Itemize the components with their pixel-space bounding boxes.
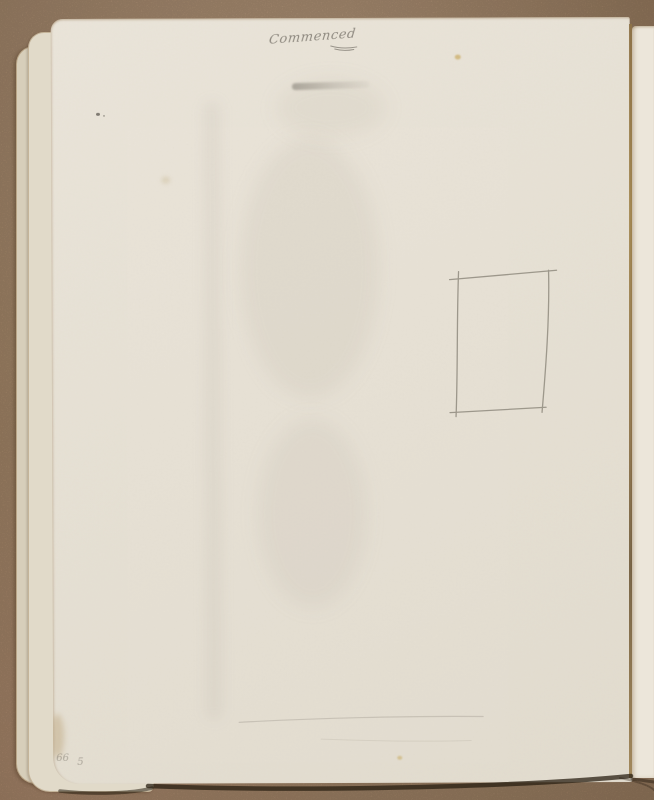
sketchbook-photograph: Commenced 66: [0, 0, 654, 800]
page-shadow: [0, 0, 654, 800]
